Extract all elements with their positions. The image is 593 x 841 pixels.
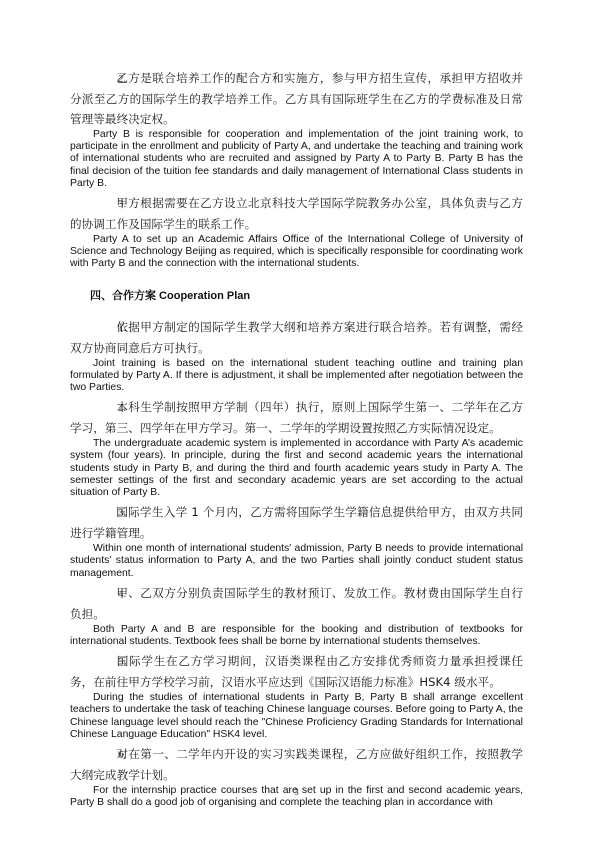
clause-en: The undergraduate academic system is imp… xyxy=(70,438,523,499)
clause-zh-text: 国际学生在乙方学习期间，汉语类课程由乙方安排优秀师资力量承担授课任务，在前往甲方… xyxy=(70,654,523,689)
clause-zh: 5.国际学生在乙方学习期间，汉语类课程由乙方安排优秀师资力量承担授课任务，在前往… xyxy=(70,651,523,692)
clause-number: 4. xyxy=(94,584,116,604)
clause-zh-text: 甲方根据需要在乙方设立北京科技大学国际学院教务办公室，具体负责与乙方的协调工作及… xyxy=(70,196,523,231)
clause-number: 3. xyxy=(94,194,116,214)
clause-number: 6. xyxy=(94,745,116,765)
page-number: 3 xyxy=(0,787,593,797)
clause-number: 2. xyxy=(94,69,116,89)
clause-number: 3. xyxy=(94,503,116,523)
clause-zh-text: 国际学生入学 1 个月内，乙方需将国际学生学籍信息提供给甲方，由双方共同进行学籍… xyxy=(70,505,523,540)
clause-zh: 6.对在第一、二学年内开设的实习实践类课程，乙方应做好组织工作，按照教学大纲完成… xyxy=(70,744,523,785)
clause-en: Within one month of international studen… xyxy=(70,543,523,580)
clause-zh: 1.依据甲方制定的国际学生教学大纲和培养方案进行联合培养。若有调整，需经双方协商… xyxy=(70,317,523,358)
clause-zh-text: 对在第一、二学年内开设的实习实践类课程，乙方应做好组织工作，按照教学大纲完成教学… xyxy=(70,747,523,782)
clause-en: Both Party A and B are responsible for t… xyxy=(70,624,523,648)
clause-zh-text: 本科生学制按照甲方学制（四年）执行，原则上国际学生第一、二学年在乙方学习，第三、… xyxy=(70,400,523,435)
clause-zh: 3.甲方根据需要在乙方设立北京科技大学国际学院教务办公室，具体负责与乙方的协调工… xyxy=(70,193,523,234)
clause-en: Joint training is based on the internati… xyxy=(70,358,523,395)
document-page: 2.乙方是联合培养工作的配合方和实施方，参与甲方招生宣传，承担甲方招收并分派至乙… xyxy=(0,0,593,841)
clause-number: 5. xyxy=(94,652,116,672)
clause-zh: 3.国际学生入学 1 个月内，乙方需将国际学生学籍信息提供给甲方，由双方共同进行… xyxy=(70,502,523,543)
clause-en: Party A to set up an Academic Affairs Of… xyxy=(70,234,523,271)
clause-zh-text: 甲、乙双方分别负责国际学生的教材预订、发放工作。教材费由国际学生自行负担。 xyxy=(70,586,523,621)
clause-zh-text: 乙方是联合培养工作的配合方和实施方，参与甲方招生宣传，承担甲方招收并分派至乙方的… xyxy=(70,71,523,126)
clause-en: Party B is responsible for cooperation a… xyxy=(70,129,523,190)
clause-zh-text: 依据甲方制定的国际学生教学大纲和培养方案进行联合培养。若有调整，需经双方协商同意… xyxy=(70,320,523,355)
clause-number: 1. xyxy=(94,318,116,338)
clause-zh: 4.甲、乙双方分别负责国际学生的教材预订、发放工作。教材费由国际学生自行负担。 xyxy=(70,583,523,624)
page-content: 2.乙方是联合培养工作的配合方和实施方，参与甲方招生宣传，承担甲方招收并分派至乙… xyxy=(70,68,523,812)
clause-zh: 2.乙方是联合培养工作的配合方和实施方，参与甲方招生宣传，承担甲方招收并分派至乙… xyxy=(70,68,523,129)
section-heading: 四、合作方案 Cooperation Plan xyxy=(90,287,523,303)
clause-number: 2. xyxy=(94,398,116,418)
clause-zh: 2.本科生学制按照甲方学制（四年）执行，原则上国际学生第一、二学年在乙方学习，第… xyxy=(70,397,523,438)
clause-en: During the studies of international stud… xyxy=(70,692,523,741)
